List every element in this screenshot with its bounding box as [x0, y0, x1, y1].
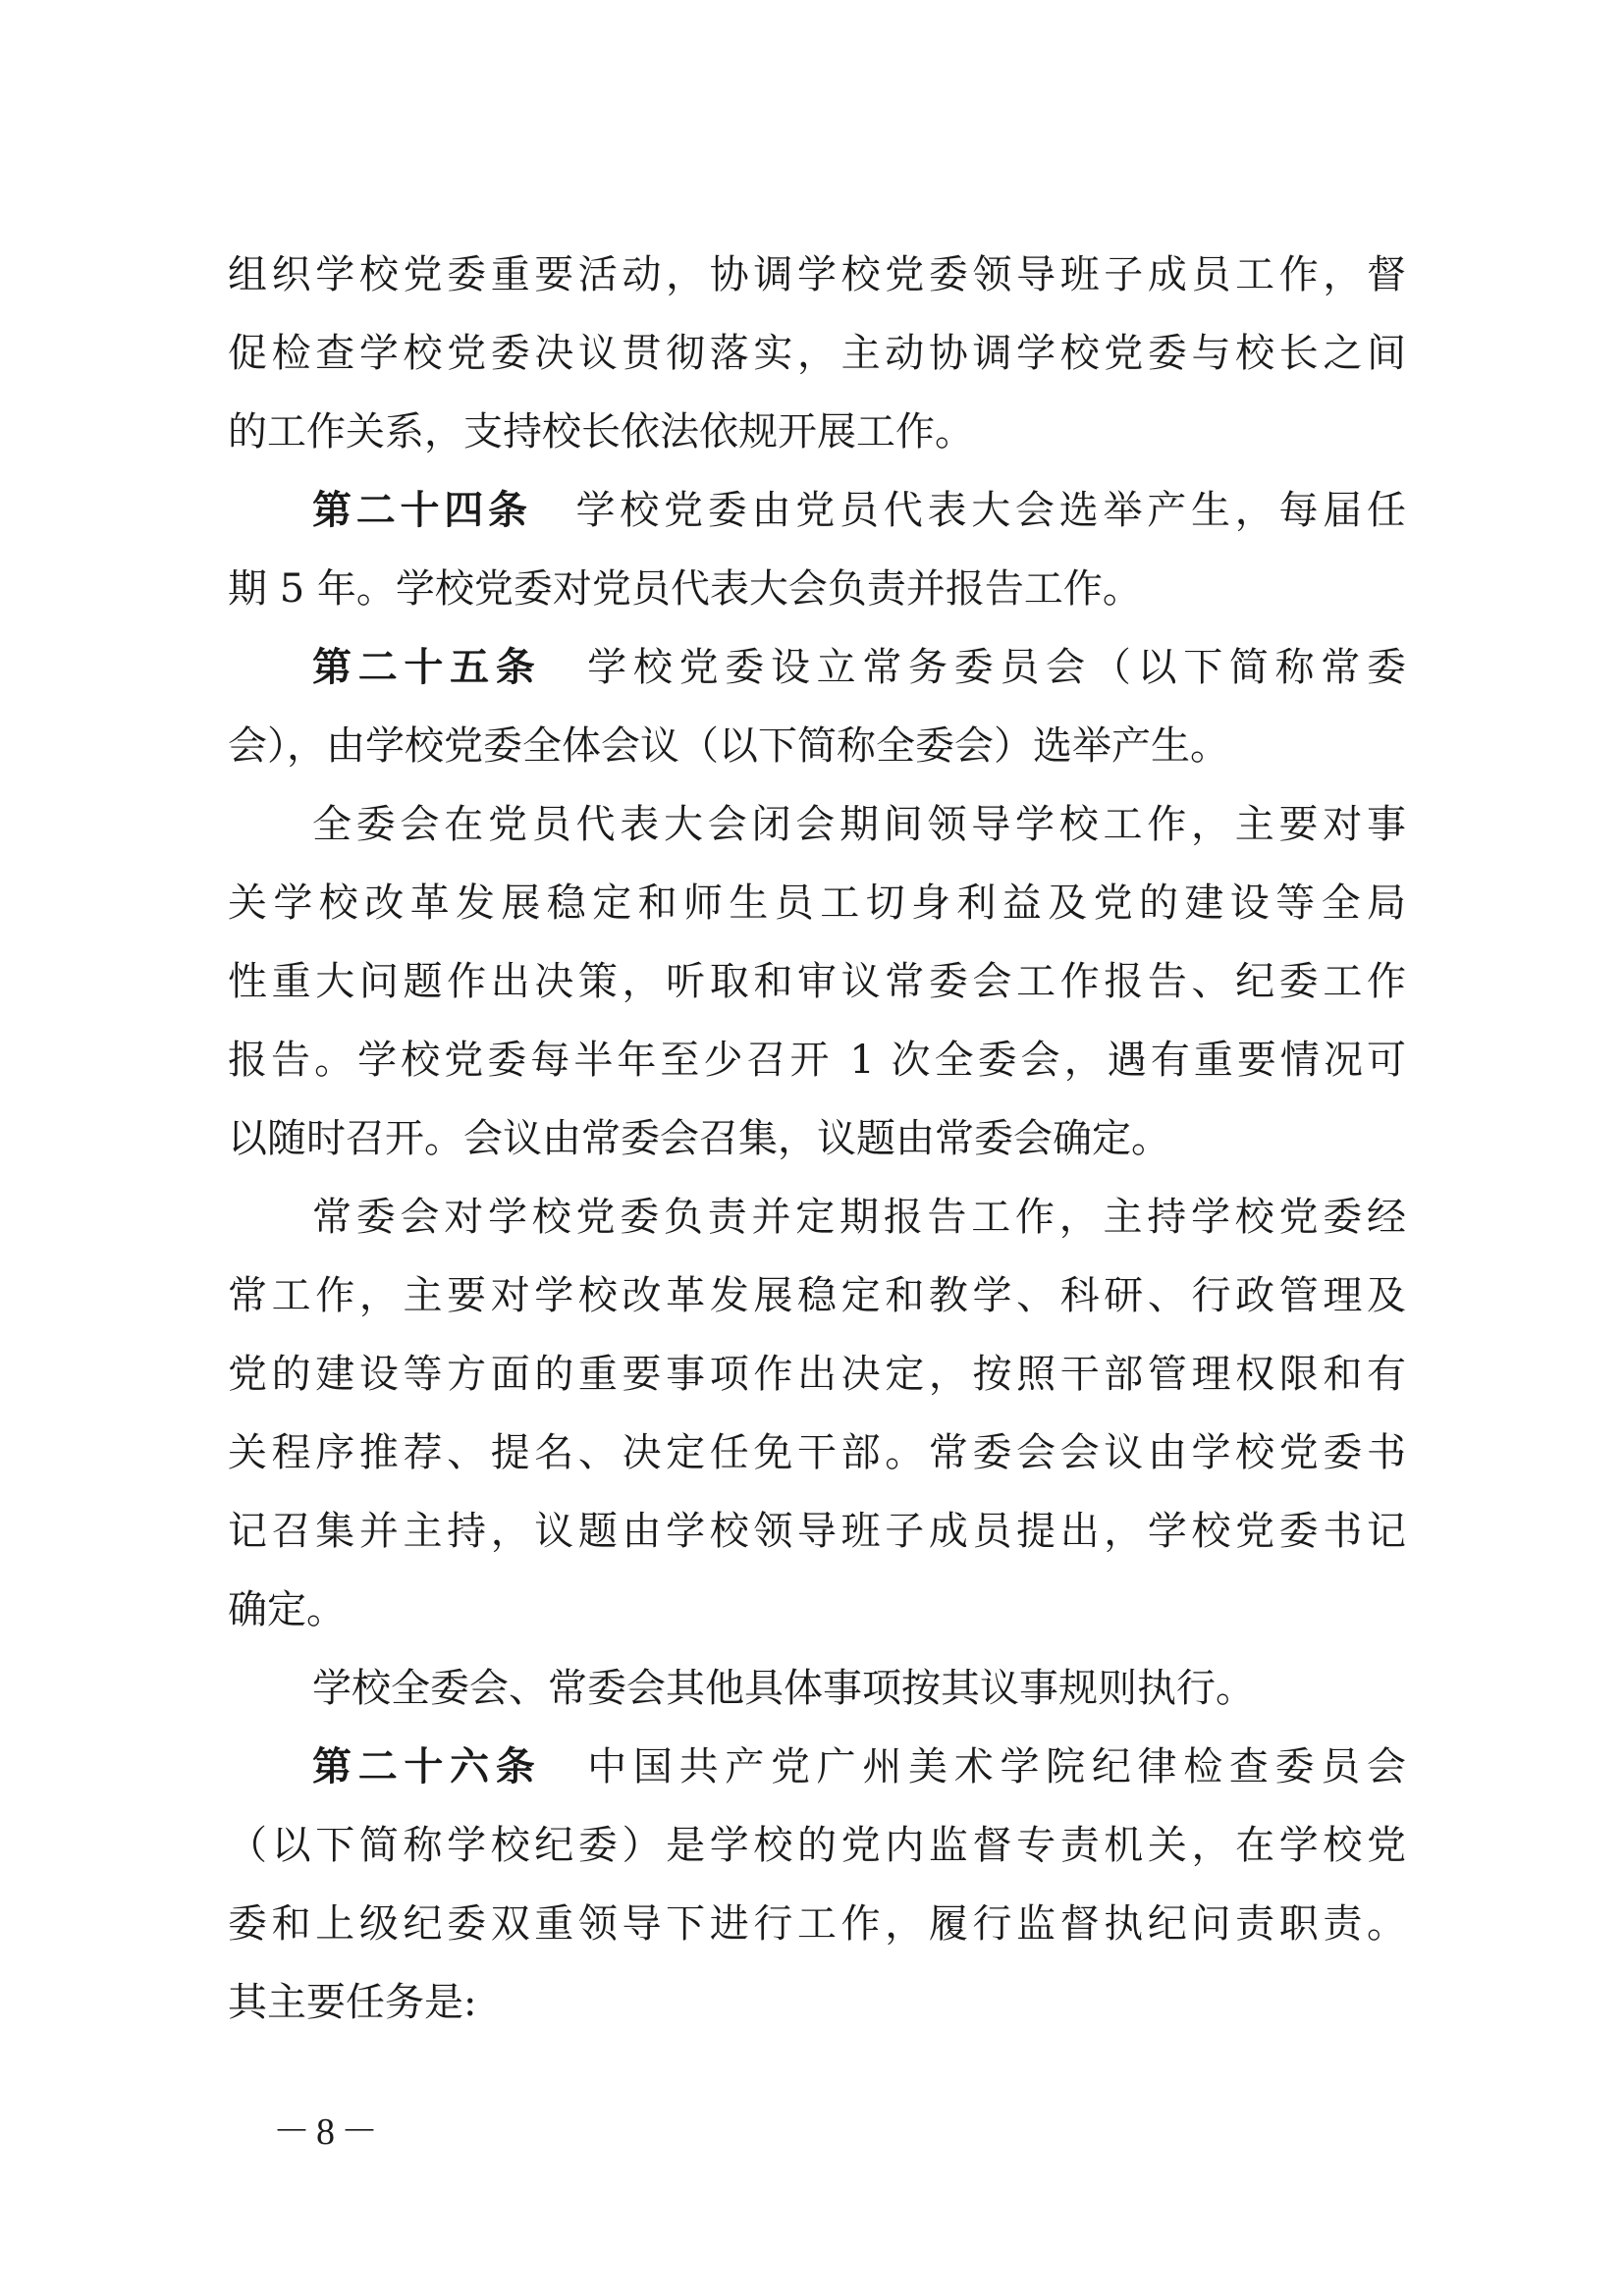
line-text: 其主要任务是:	[228, 1980, 476, 2025]
text-line: 党的建设等方面的重要事项作出决定，按照干部管理权限和有	[228, 1345, 1406, 1404]
text-line: 学校全委会、常委会其他具体事项按其议事规则执行。	[228, 1659, 1406, 1718]
line-text: 常工作，主要对学校改革发展稳定和教学、科研、行政管理及	[228, 1273, 1406, 1318]
text-line: 期 5 年。学校党委对党员代表大会负责并报告工作。	[228, 560, 1406, 618]
text-line: 关学校改革发展稳定和师生员工切身利益及党的建设等全局	[228, 874, 1406, 933]
text-line: 常委会对学校党委负责并定期报告工作，主持学校党委经	[228, 1188, 1406, 1247]
text-line: 会），由学校党委全体会议（以下简称全委会）选举产生。	[228, 717, 1406, 775]
line-text: 会），由学校党委全体会议（以下简称全委会）选举产生。	[228, 723, 1229, 769]
article-heading: 第二十五条	[312, 644, 541, 690]
line-text: 期 5 年。学校党委对党员代表大会负责并报告工作。	[228, 566, 1142, 612]
text-line: 关程序推荐、提名、决定任免干部。常委会会议由学校党委书	[228, 1423, 1406, 1482]
text-line: 报告。学校党委每半年至少召开 1 次全委会，遇有重要情况可	[228, 1031, 1406, 1090]
text-line: 的工作关系，支持校长依法依规开展工作。	[228, 402, 1406, 461]
line-text: 学校党委设立常务委员会（以下简称常委	[580, 645, 1406, 690]
article-heading: 第二十六条	[312, 1743, 541, 1789]
article-line: 第二十五条学校党委设立常务委员会（以下简称常委	[228, 638, 1406, 697]
line-text: 常委会对学校党委负责并定期报告工作，主持学校党委经	[312, 1195, 1406, 1240]
text-line: 委和上级纪委双重领导下进行工作，履行监督执纪问责职责。	[228, 1895, 1406, 1953]
text-line: 记召集并主持，议题由学校领导班子成员提出，学校党委书记	[228, 1502, 1406, 1561]
line-text: 中国共产党广州美术学院纪律检查委员会	[580, 1744, 1406, 1789]
line-text: 促检查学校党委决议贯彻落实，主动协调学校党委与校长之间	[228, 331, 1406, 376]
text-line: 性重大问题作出决策，听取和审议常委会工作报告、纪委工作	[228, 952, 1406, 1011]
line-text: 的工作关系，支持校长依法依规开展工作。	[228, 409, 974, 454]
line-text: 以随时召开。会议由常委会召集，议题由常委会确定。	[228, 1116, 1170, 1161]
text-line: （以下简称学校纪委）是学校的党内监督专责机关，在学校党	[228, 1816, 1406, 1875]
text-line: 以随时召开。会议由常委会召集，议题由常委会确定。	[228, 1109, 1406, 1168]
article-line: 第二十四条学校党委由党员代表大会选举产生，每届任	[228, 481, 1406, 540]
text-line: 组织学校党委重要活动，协调学校党委领导班子成员工作，督	[228, 245, 1406, 304]
line-text: 记召集并主持，议题由学校领导班子成员提出，学校党委书记	[228, 1509, 1406, 1554]
article-line: 第二十六条中国共产党广州美术学院纪律检查委员会	[228, 1737, 1406, 1796]
text-line: 常工作，主要对学校改革发展稳定和教学、科研、行政管理及	[228, 1266, 1406, 1325]
page-number: －8－	[273, 2101, 384, 2155]
line-text: 关程序推荐、提名、决定任免干部。常委会会议由学校党委书	[228, 1430, 1406, 1475]
line-text: 组织学校党委重要活动，协调学校党委领导班子成员工作，督	[228, 252, 1406, 297]
article-heading: 第二十四条	[312, 487, 532, 533]
line-text: 全委会在党员代表大会闭会期间领导学校工作，主要对事	[312, 802, 1406, 847]
line-text: 性重大问题作出决策，听取和审议常委会工作报告、纪委工作	[228, 959, 1406, 1004]
text-line: 确定。	[228, 1580, 1406, 1639]
line-text: 关学校改革发展稳定和师生员工切身利益及党的建设等全局	[228, 881, 1406, 926]
line-text: 学校全委会、常委会其他具体事项按其议事规则执行。	[312, 1666, 1255, 1711]
text-line: 全委会在党员代表大会闭会期间领导学校工作，主要对事	[228, 795, 1406, 854]
line-text: 党的建设等方面的重要事项作出决定，按照干部管理权限和有	[228, 1352, 1406, 1397]
text-line: 促检查学校党委决议贯彻落实，主动协调学校党委与校长之间	[228, 324, 1406, 383]
line-text: 委和上级纪委双重领导下进行工作，履行监督执纪问责职责。	[228, 1901, 1406, 1947]
line-text: 报告。学校党委每半年至少召开 1 次全委会，遇有重要情况可	[228, 1038, 1406, 1083]
line-text: 学校党委由党员代表大会选举产生，每届任	[571, 488, 1406, 533]
line-text: （以下简称学校纪委）是学校的党内监督专责机关，在学校党	[228, 1823, 1406, 1868]
text-line: 其主要任务是:	[228, 1973, 1406, 2032]
line-text: 确定。	[228, 1587, 346, 1632]
